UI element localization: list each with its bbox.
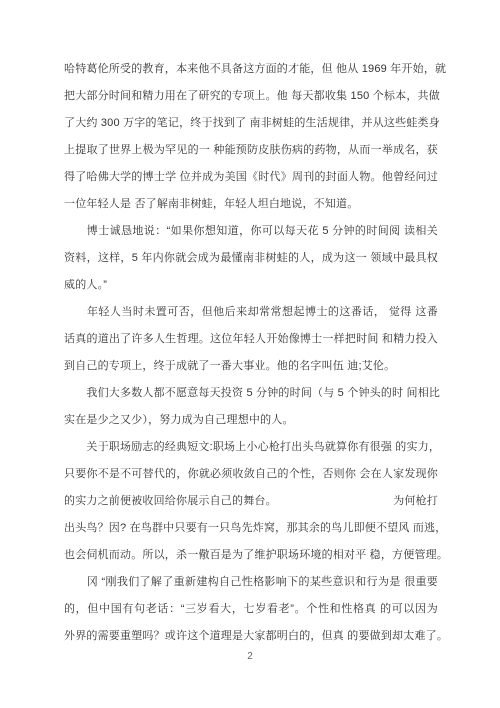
text-line: 了大约 300 万字的笔记，终于找到了 南非树蛙的生活规律，并从这些蛙类身 (64, 110, 438, 137)
text-line: 哈特葛伦所受的教育，本来他不具备这方面的才能，但 他从 1969 年开始，就 (64, 56, 438, 83)
page-number: 2 (0, 651, 500, 662)
text-line: 话真的道出了许多人生哲理。这位年轻人开始像博士一样把时间 和精力投入 (64, 326, 438, 353)
text-line: 只要你不是不可替代的，你就必须收敛自己的个性，否则你 会在人家发现你 (64, 461, 438, 488)
text-line: 出头鸟？因? 在鸟群中只要有一只鸟先炸窝，那其余的鸟儿即便不望风 而逃， (64, 515, 438, 542)
text-line-left: 的实力之前便被收回给你展示自己的舞台。 (64, 488, 277, 515)
text-line: 博士诚恳地说：“如果你想知道，你可以每天花 5 分钟的时间阅 读相关 (64, 218, 438, 245)
text-line: 威的人。” (64, 272, 438, 299)
text-line: 也会伺机而动。所以，杀一儆百是为了维护职场环境的相对平 稳，方便管理。 (64, 542, 438, 569)
text-line: 一位年轻人是 否了解南非树蛙，年轻人坦白地说，不知道。 (64, 191, 438, 218)
text-line: 年轻人当时未置可否，但他后来却常常想起博士的这番话， 觉得 这番 (64, 299, 438, 326)
text-line: 的实力之前便被收回给你展示自己的舞台。为何枪打 (64, 488, 438, 515)
text-line: 上提取了世界上极为罕见的一 种能预防皮肤伤病的药物，从而一举成名，获 (64, 137, 438, 164)
text-line: 得了哈佛大学的博士学 位并成为美国《时代》周刊的封面人物。他曾经问过 (64, 164, 438, 191)
text-line: 关于职场励志的经典短文:职场上小心枪打出头鸟就算你有很强 的实力， (64, 434, 438, 461)
text-line: 的，但中国有句老话：“三岁看大，七岁看老”。个性和性格真 的可以因为 (64, 596, 438, 623)
text-line: 实在是少之又少），努力成为自己理想中的人。 (64, 407, 438, 434)
text-line: 冈 “刚我们了解了重新建构自己性格影响下的某些意识和行为是 很重要 (64, 569, 438, 596)
document-page: 哈特葛伦所受的教育，本来他不具备这方面的才能，但 他从 1969 年开始，就把大… (0, 0, 500, 708)
text-line-right: 为何枪打 (393, 488, 438, 515)
text-line: 到自己的专项上，终于成就了一番大事业。他的名字叫伍 迪;艾伦。 (64, 353, 438, 380)
document-body: 哈特葛伦所受的教育，本来他不具备这方面的才能，但 他从 1969 年开始，就把大… (64, 56, 438, 650)
text-line: 把大部分时间和精力用在了研究的专项上。他 每天都收集 150 个标本，共做 (64, 83, 438, 110)
text-line: 我们大多数人都不愿意每天投资 5 分钟的时间（与 5 个钟头的时 间相比 (64, 380, 438, 407)
text-line: 外界的需要重塑吗？或许这个道理是大家都明白的，但真 的要做到却太难了。 (64, 623, 438, 650)
text-line: 资料，这样，5 年内你就会成为最懂南非树蛙的人，成为这一 领域中最具权 (64, 245, 438, 272)
